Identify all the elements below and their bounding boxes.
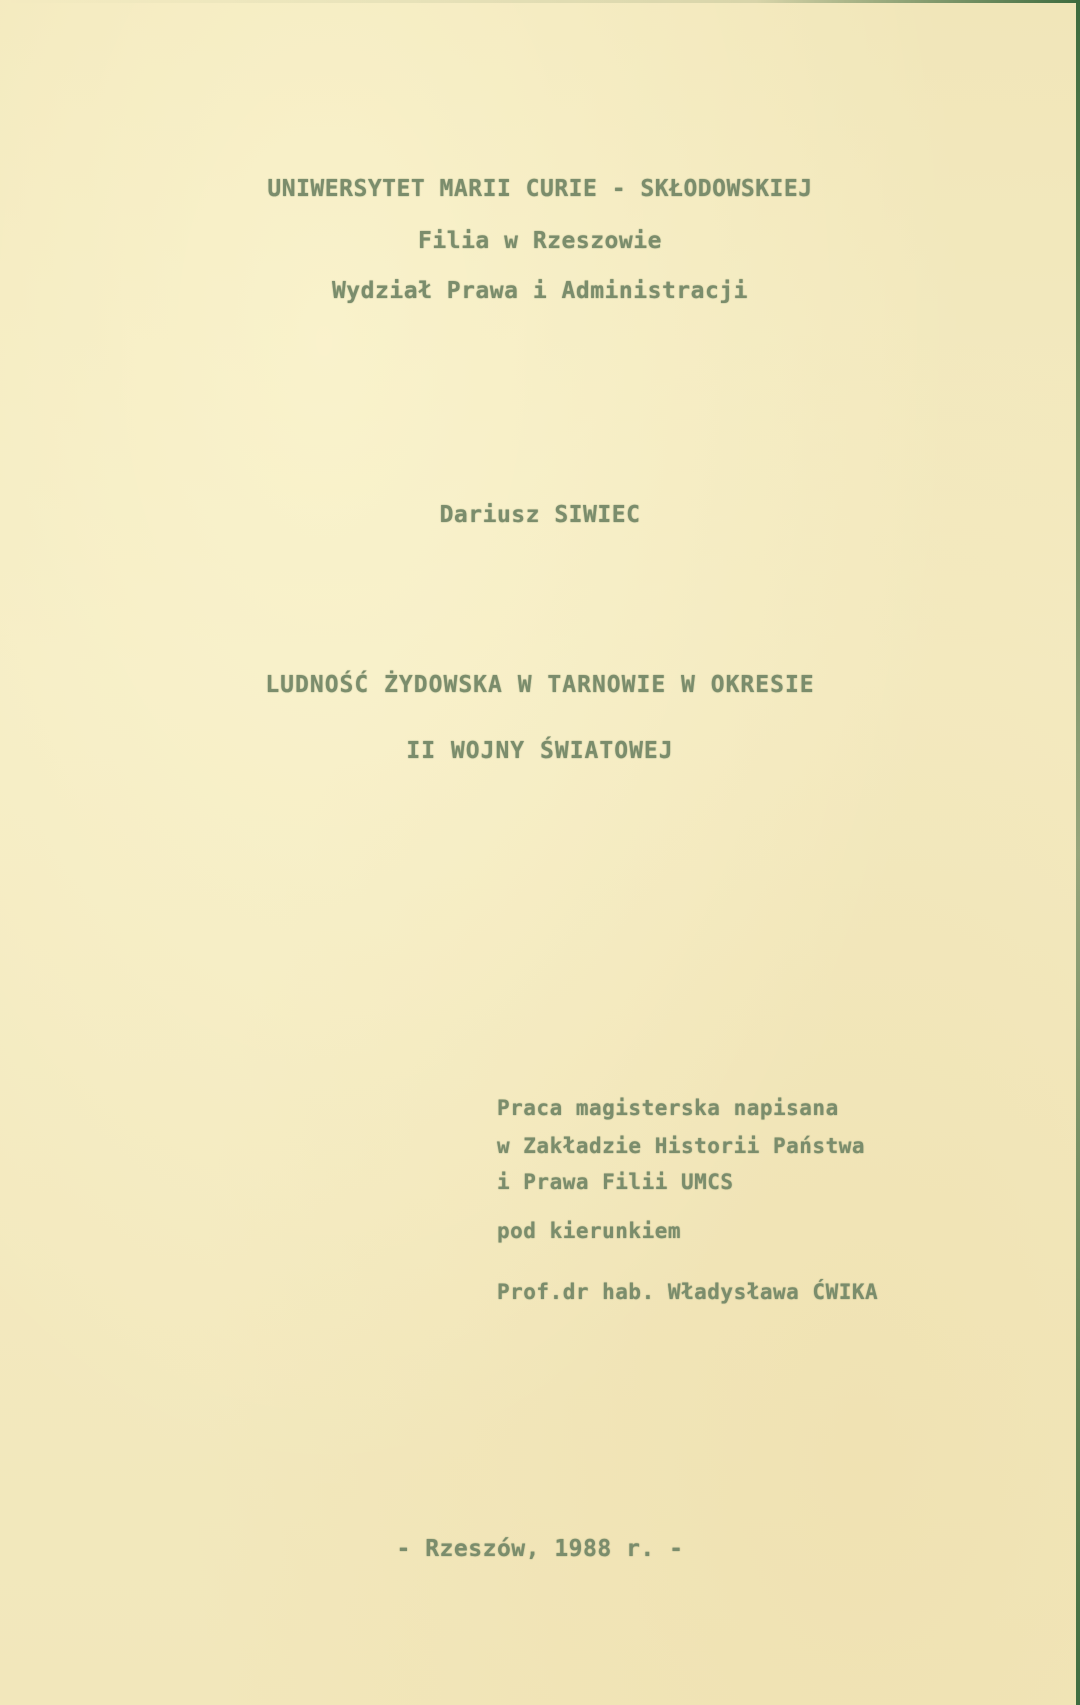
place-and-date: - Rzeszów, 1988 r. - xyxy=(0,1536,1080,1562)
thesis-type-line: Praca magisterska napisana xyxy=(497,1096,839,1120)
thesis-title-page: UNIWERSYTET MARII CURIE - SKŁODOWSKIEJ F… xyxy=(0,0,1080,1705)
thesis-title-line-2: II WOJNY ŚWIATOWEJ xyxy=(0,738,1080,764)
thesis-title-line-1: LUDNOŚĆ ŻYDOWSKA W TARNOWIE W OKRESIE xyxy=(0,672,1080,698)
institution-line: i Prawa Filii UMCS xyxy=(497,1170,734,1194)
branch-name: Filia w Rzeszowie xyxy=(0,228,1080,254)
faculty-name: Wydział Prawa i Administracji xyxy=(0,278,1080,304)
scan-edge-top xyxy=(0,0,1080,3)
supervision-label: pod kierunkiem xyxy=(497,1219,681,1243)
university-name: UNIWERSYTET MARII CURIE - SKŁODOWSKIEJ xyxy=(0,176,1080,202)
department-line: w Zakładzie Historii Państwa xyxy=(497,1134,865,1158)
supervisor-name: Prof.dr hab. Władysława ĆWIKA xyxy=(497,1280,878,1304)
scan-edge-right xyxy=(1076,0,1080,1705)
author-name: Dariusz SIWIEC xyxy=(0,502,1080,528)
